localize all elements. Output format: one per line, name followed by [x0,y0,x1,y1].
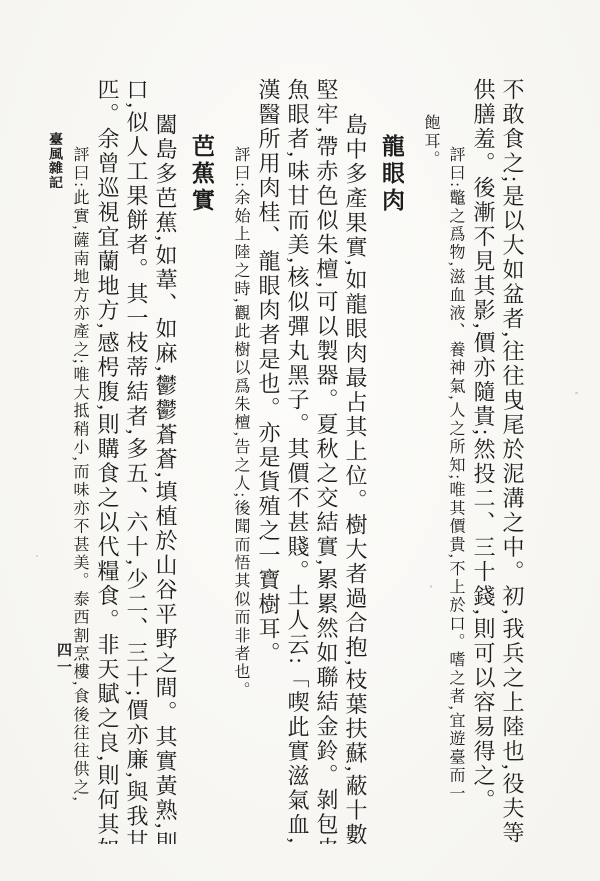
scan-speck [575,392,578,394]
text-column: 不敢食之;是以大如盆者,往往曳尾於泥溝之中。初,我兵之上陸也,役夫等競獲之, [498,78,527,844]
book-title: 臺風雜記 [46,133,62,190]
scan-speck [430,585,432,588]
comment-column: 評曰:此實,薩南地方亦產之;唯大抵稍小,而味亦不甚美。泰西割烹樓,食後往往供之, [68,78,90,844]
text-column: 島中多產果實,如龍眼肉最占其上位。樹大者過合抱,枝葉扶蘇,蔽十數畝;材質 [341,78,370,844]
comment-column: 飽耳。 [419,78,441,844]
page-number: 四一 [54,642,71,676]
text-column: 堅牢,帶赤色似朱檀,可以製器。夏秋之交結實,累累然如聯結金鈴。剝包皮,則出如 [312,78,341,844]
text-column: 漢醫所用肉桂、龍眼肉者是也。亦是貨殖之一寶樹耳。 [254,78,283,844]
section-heading-3: 芭蕉實 [188,78,214,844]
text-column: 魚眼者,味甘而美,核似彈丸黑子。其價不甚賤。土人云:「喫此實滋氣血,養肝臟」; [283,78,312,844]
comment-column: 評曰:余始上陸之時,觀此樹以爲朱檀,告之人;後聞而悟其似而非者也。 [229,78,251,844]
text-column: 供膳羞。後漸不見其影,價亦隨貴;然投二、三十錢,則可以容易得之。 [469,78,498,844]
comment-column: 評曰:鼈之爲物,滋血液、養神氣,人之所知;唯其價貴,不上於口。嗜之者,宜遊臺而一 [444,78,466,844]
scan-speck [36,555,38,557]
text-column: 闔島多芭蕉,如葦、如麻,鬱鬱蒼蒼,填植於山谷平野之間。其實黃熟,則甘美媚 [151,78,180,844]
scanned-page: 不敢食之;是以大如盆者,往往曳尾於泥溝之中。初,我兵之上陸也,役夫等競獲之,供膳… [0,0,600,881]
text-column: 匹。余曾巡視宜蘭地方,感枵腹,則購食之以代糧食。非天賦之良,則何其如此乎? [93,78,122,844]
text-column: 口,似人工果餅者。其一枝蒂結者,多五、六十,少二、三十;價亦廉,與我甘藷者相 [122,78,151,844]
text-block: 不敢食之;是以大如盆者,往往曳尾於泥溝之中。初,我兵之上陸也,役夫等競獲之,供膳… [68,78,527,844]
section-heading-2: 龍眼肉 [378,78,404,844]
